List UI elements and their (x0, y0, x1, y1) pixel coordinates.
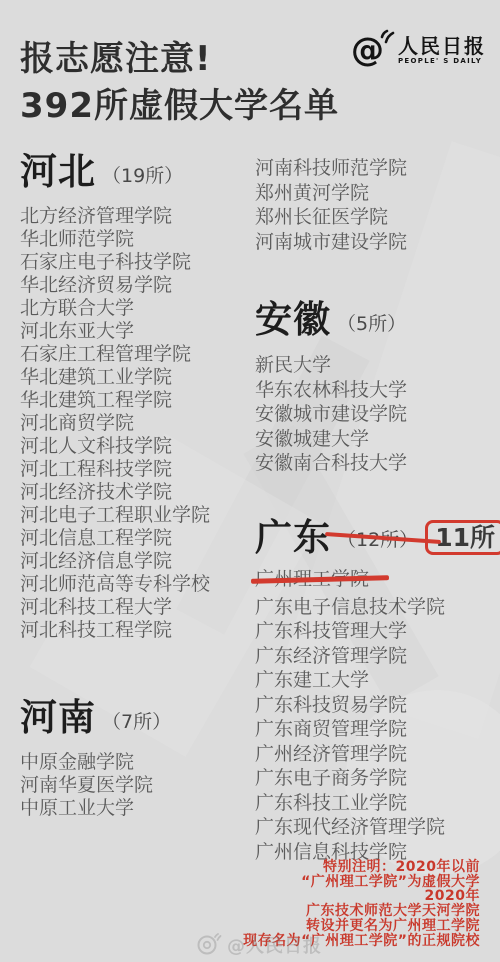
note-line: 2020年 (243, 889, 480, 904)
university-list-item: 广东科技管理大学 (255, 619, 497, 644)
right-column: 河南科技师范学院郑州黄河学院郑州长征医学院河南城市建设学院 安徽 （5所） 新民… (255, 156, 497, 864)
university-list-item: 广东现代经济管理学院 (255, 815, 497, 840)
university-list-item: 广东经济管理学院 (255, 644, 497, 669)
university-list-hebei: 北方经济管理学院华北师范学院石家庄电子科技学院华北经济贸易学院北方联合大学河北东… (20, 205, 250, 642)
university-list-item: 华北建筑工业学院 (20, 366, 250, 389)
university-list-item: 石家庄电子科技学院 (20, 251, 250, 274)
university-list-item: 广东科技贸易学院 (255, 693, 497, 718)
section-count-henan: （7所） (102, 707, 171, 738)
note-line: 特别注明：2020年以前 (243, 860, 480, 875)
university-list-item: 河北人文科技学院 (20, 435, 250, 458)
megaphone-at-icon: @ (351, 27, 395, 73)
university-list-item: 广东电子商务学院 (255, 766, 497, 791)
university-list-item: 广东商贸管理学院 (255, 717, 497, 742)
university-list-item: 新民大学 (255, 353, 497, 378)
section-header-hebei: 河北 （19所） (20, 152, 250, 192)
university-list-henan-continued: 河南科技师范学院郑州黄河学院郑州长征医学院河南城市建设学院 (255, 156, 497, 254)
university-list-item: 郑州黄河学院 (255, 181, 497, 206)
university-list-item: 华北师范学院 (20, 228, 250, 251)
university-list-item: 河北信息工程学院 (20, 527, 250, 550)
university-list-item: 华北建筑工程学院 (20, 389, 250, 412)
left-column: 河北 （19所） 北方经济管理学院华北师范学院石家庄电子科技学院华北经济贸易学院… (20, 152, 250, 820)
university-list-item: 华北经济贸易学院 (20, 274, 250, 297)
corrected-count-box: 11所 (425, 520, 500, 555)
university-list-item: 石家庄工程管理学院 (20, 343, 250, 366)
university-list-item: 河北科技工程大学 (20, 596, 250, 619)
struck-university-item: 广州理工学院 (255, 567, 369, 591)
university-list-item: 中原金融学院 (20, 751, 250, 774)
watermark-handle: @人民日报 (227, 932, 322, 958)
section-count-hebei: （19所） (102, 161, 183, 192)
logo-text: 人民日报 PEOPLE' S DAILY (398, 35, 486, 65)
university-list-item: 河南科技师范学院 (255, 156, 497, 181)
peoples-daily-logo: @ 人民日报 PEOPLE' S DAILY (351, 27, 486, 73)
note-line: 广东技术师范大学天河学院 (243, 904, 480, 919)
university-list-item: 河北师范高等专科学校 (20, 573, 250, 596)
section-name-henan: 河南 (20, 698, 96, 738)
university-list-item: 中原工业大学 (20, 797, 250, 820)
title-line-1: 报志愿注意! (20, 36, 339, 83)
page-title: 报志愿注意! 392所虚假大学名单 (20, 36, 339, 130)
university-list-item: 广东建工大学 (255, 668, 497, 693)
section-name-guangdong: 广东 (255, 518, 331, 558)
university-list-item: 广东电子信息技术学院 (255, 595, 497, 620)
weibo-eye-icon (196, 930, 222, 960)
university-list-item: 华东农林科技大学 (255, 378, 497, 403)
section-count-anhui: （5所） (337, 309, 406, 340)
university-list-item: 郑州长征医学院 (255, 205, 497, 230)
university-list-item: 广州经济管理学院 (255, 742, 497, 767)
university-list-item: 广东科技工业学院 (255, 791, 497, 816)
university-list-item: 河南城市建设学院 (255, 230, 497, 255)
struck-university-row: 广州理工学院 (255, 558, 497, 591)
university-list-item: 安徽城市建设学院 (255, 402, 497, 427)
university-list-item: 安徽南合科技大学 (255, 451, 497, 476)
section-header-henan: 河南 （7所） (20, 698, 250, 738)
university-list-item: 河南华夏医学院 (20, 774, 250, 797)
university-list-anhui: 新民大学华东农林科技大学安徽城市建设学院安徽城建大学安徽南合科技大学 (255, 353, 497, 476)
university-list-item: 河北工程科技学院 (20, 458, 250, 481)
university-list-item: 北方联合大学 (20, 297, 250, 320)
university-list-item: 河北经济信息学院 (20, 550, 250, 573)
logo-subtitle: PEOPLE' S DAILY (398, 57, 486, 65)
university-list-item: 河北东亚大学 (20, 320, 250, 343)
title-line-2: 392所虚假大学名单 (20, 83, 339, 130)
university-list-item: 北方经济管理学院 (20, 205, 250, 228)
section-header-anhui: 安徽 （5所） (255, 300, 497, 340)
university-list-item: 河北经济技术学院 (20, 481, 250, 504)
university-list-item: 河北商贸学院 (20, 412, 250, 435)
section-count-guangdong-struck: （12所） (337, 525, 418, 558)
weibo-watermark: @人民日报 (196, 930, 322, 960)
university-list-item: 河北电子工程职业学院 (20, 504, 250, 527)
university-list-henan: 中原金融学院河南华夏医学院中原工业大学 (20, 751, 250, 820)
svg-text:@: @ (351, 30, 384, 69)
logo-name: 人民日报 (398, 35, 486, 57)
section-name-anhui: 安徽 (255, 300, 331, 340)
university-list-item: 安徽城建大学 (255, 427, 497, 452)
university-list-guangdong: 广东电子信息技术学院广东科技管理大学广东经济管理学院广东建工大学广东科技贸易学院… (255, 595, 497, 865)
section-header-guangdong: 广东 （12所） 11所 (255, 518, 497, 558)
section-name-hebei: 河北 (20, 152, 96, 192)
poster: 报志愿注意! 392所虚假大学名单 @ 人民日报 PEOPLE' S DAILY… (0, 0, 500, 962)
university-list-item: 河北科技工程学院 (20, 619, 250, 642)
